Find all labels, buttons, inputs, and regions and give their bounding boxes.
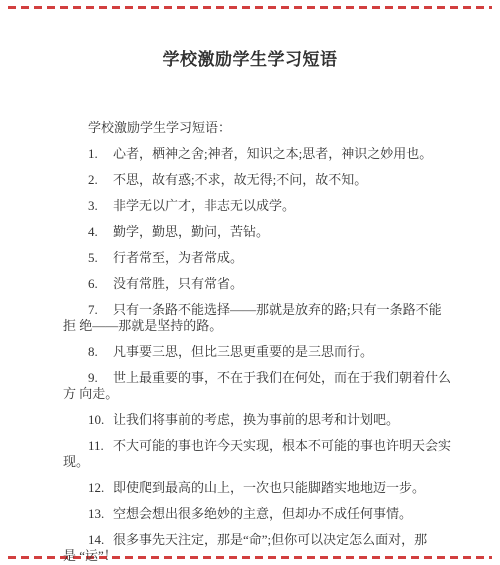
list-item: 12.即使爬到最高的山上，一次也只能脚踏实地地迈一步。	[63, 480, 437, 496]
item-text: 即使爬到最高的山上，一次也只能脚踏实地地迈一步。	[113, 480, 425, 495]
item-number: 3.	[88, 198, 113, 214]
list-item: 6.没有常胜，只有常省。	[63, 276, 437, 292]
item-text: 没有常胜，只有常省。	[113, 276, 243, 291]
item-text-line: 14.很多事先天注定，那是“命”;但你可以决定怎么面对，那	[88, 532, 437, 548]
item-number: 1.	[88, 146, 113, 162]
item-number: 6.	[88, 276, 113, 292]
item-text-line: 5.行者常至，为者常成。	[88, 250, 437, 266]
item-text-line: 11.不大可能的事也许今天实现，根本不可能的事也许明天会实	[88, 438, 437, 454]
item-text-line: 9.世上最重要的事，不在于我们在何处，而在于我们朝着什么	[88, 370, 437, 386]
item-text-line: 1.心者，栖神之舍;神者，知识之本;思者，神识之妙用也。	[88, 146, 437, 162]
list-item: 14.很多事先天注定，那是“命”;但你可以决定怎么面对，那是 “运”！	[63, 532, 437, 564]
item-text: 空想会想出很多绝妙的主意，但却办不成任何事情。	[113, 506, 412, 521]
item-number: 11.	[88, 438, 113, 454]
item-text: 不大可能的事也许今天实现，根本不可能的事也许明天会实	[113, 438, 451, 453]
item-number: 5.	[88, 250, 113, 266]
list-item: 8.凡事要三思，但比三思更重要的是三思而行。	[63, 344, 437, 360]
item-text: 心者，栖神之舍;神者，知识之本;思者，神识之妙用也。	[113, 146, 432, 161]
item-number: 4.	[88, 224, 113, 240]
item-text-line: 4.勤学，勤思，勤问，苦钻。	[88, 224, 437, 240]
document-page: 学校激励学生学习短语 学校激励学生学习短语： 1.心者，栖神之舍;神者，知识之本…	[0, 0, 500, 565]
list-item: 3.非学无以广才，非志无以成学。	[63, 198, 437, 214]
item-number: 12.	[88, 480, 113, 496]
item-text: 非学无以广才，非志无以成学。	[113, 198, 295, 213]
item-text-line: 6.没有常胜，只有常省。	[88, 276, 437, 292]
document-title: 学校激励学生学习短语	[0, 0, 500, 70]
item-number: 14.	[88, 532, 113, 548]
item-text: 不思，故有惑;不求，故无得;不问，故不知。	[113, 172, 367, 187]
item-text: 只有一条路不能选择——那就是放弃的路;只有一条路不能	[113, 302, 442, 317]
item-number: 7.	[88, 302, 113, 318]
item-text: 勤学，勤思，勤问，苦钻。	[113, 224, 269, 239]
item-text: 行者常至，为者常成。	[113, 250, 243, 265]
item-text-line: 现。	[63, 454, 437, 470]
item-text-line: 7.只有一条路不能选择——那就是放弃的路;只有一条路不能	[88, 302, 437, 318]
list-item: 11.不大可能的事也许今天实现，根本不可能的事也许明天会实现。	[63, 438, 437, 470]
item-text-line: 13.空想会想出很多绝妙的主意，但却办不成任何事情。	[88, 506, 437, 522]
numbered-list: 1.心者，栖神之舍;神者，知识之本;思者，神识之妙用也。2.不思，故有惑;不求，…	[63, 146, 437, 564]
list-item: 9.世上最重要的事，不在于我们在何处，而在于我们朝着什么方 向走。	[63, 370, 437, 402]
item-text-line: 2.不思，故有惑;不求，故无得;不问，故不知。	[88, 172, 437, 188]
list-item: 2.不思，故有惑;不求，故无得;不问，故不知。	[63, 172, 437, 188]
document-body: 学校激励学生学习短语： 1.心者，栖神之舍;神者，知识之本;思者，神识之妙用也。…	[63, 120, 437, 564]
item-text-line: 方 向走。	[63, 386, 437, 402]
list-item: 1.心者，栖神之舍;神者，知识之本;思者，神识之妙用也。	[63, 146, 437, 162]
item-number: 2.	[88, 172, 113, 188]
list-item: 7.只有一条路不能选择——那就是放弃的路;只有一条路不能拒 绝——那就是坚持的路…	[63, 302, 437, 334]
list-item: 10.让我们将事前的考虑，换为事前的思考和计划吧。	[63, 412, 437, 428]
item-text-line: 拒 绝——那就是坚持的路。	[63, 318, 437, 334]
list-item: 4.勤学，勤思，勤问，苦钻。	[63, 224, 437, 240]
list-item: 13.空想会想出很多绝妙的主意，但却办不成任何事情。	[63, 506, 437, 522]
top-dashed-border	[8, 6, 492, 9]
item-text: 很多事先天注定，那是“命”;但你可以决定怎么面对，那	[113, 532, 427, 547]
item-number: 9.	[88, 370, 113, 386]
item-number: 10.	[88, 412, 113, 428]
intro-line: 学校激励学生学习短语：	[63, 120, 437, 136]
item-text-line: 8.凡事要三思，但比三思更重要的是三思而行。	[88, 344, 437, 360]
item-text-line: 12.即使爬到最高的山上，一次也只能脚踏实地地迈一步。	[88, 480, 437, 496]
list-item: 5.行者常至，为者常成。	[63, 250, 437, 266]
item-number: 13.	[88, 506, 113, 522]
item-text-line: 3.非学无以广才，非志无以成学。	[88, 198, 437, 214]
item-text-line: 是 “运”！	[63, 548, 437, 564]
item-text: 让我们将事前的考虑，换为事前的思考和计划吧。	[113, 412, 399, 427]
item-number: 8.	[88, 344, 113, 360]
item-text-line: 10.让我们将事前的考虑，换为事前的思考和计划吧。	[88, 412, 437, 428]
item-text: 凡事要三思，但比三思更重要的是三思而行。	[113, 344, 373, 359]
item-text: 世上最重要的事，不在于我们在何处，而在于我们朝着什么	[113, 370, 451, 385]
